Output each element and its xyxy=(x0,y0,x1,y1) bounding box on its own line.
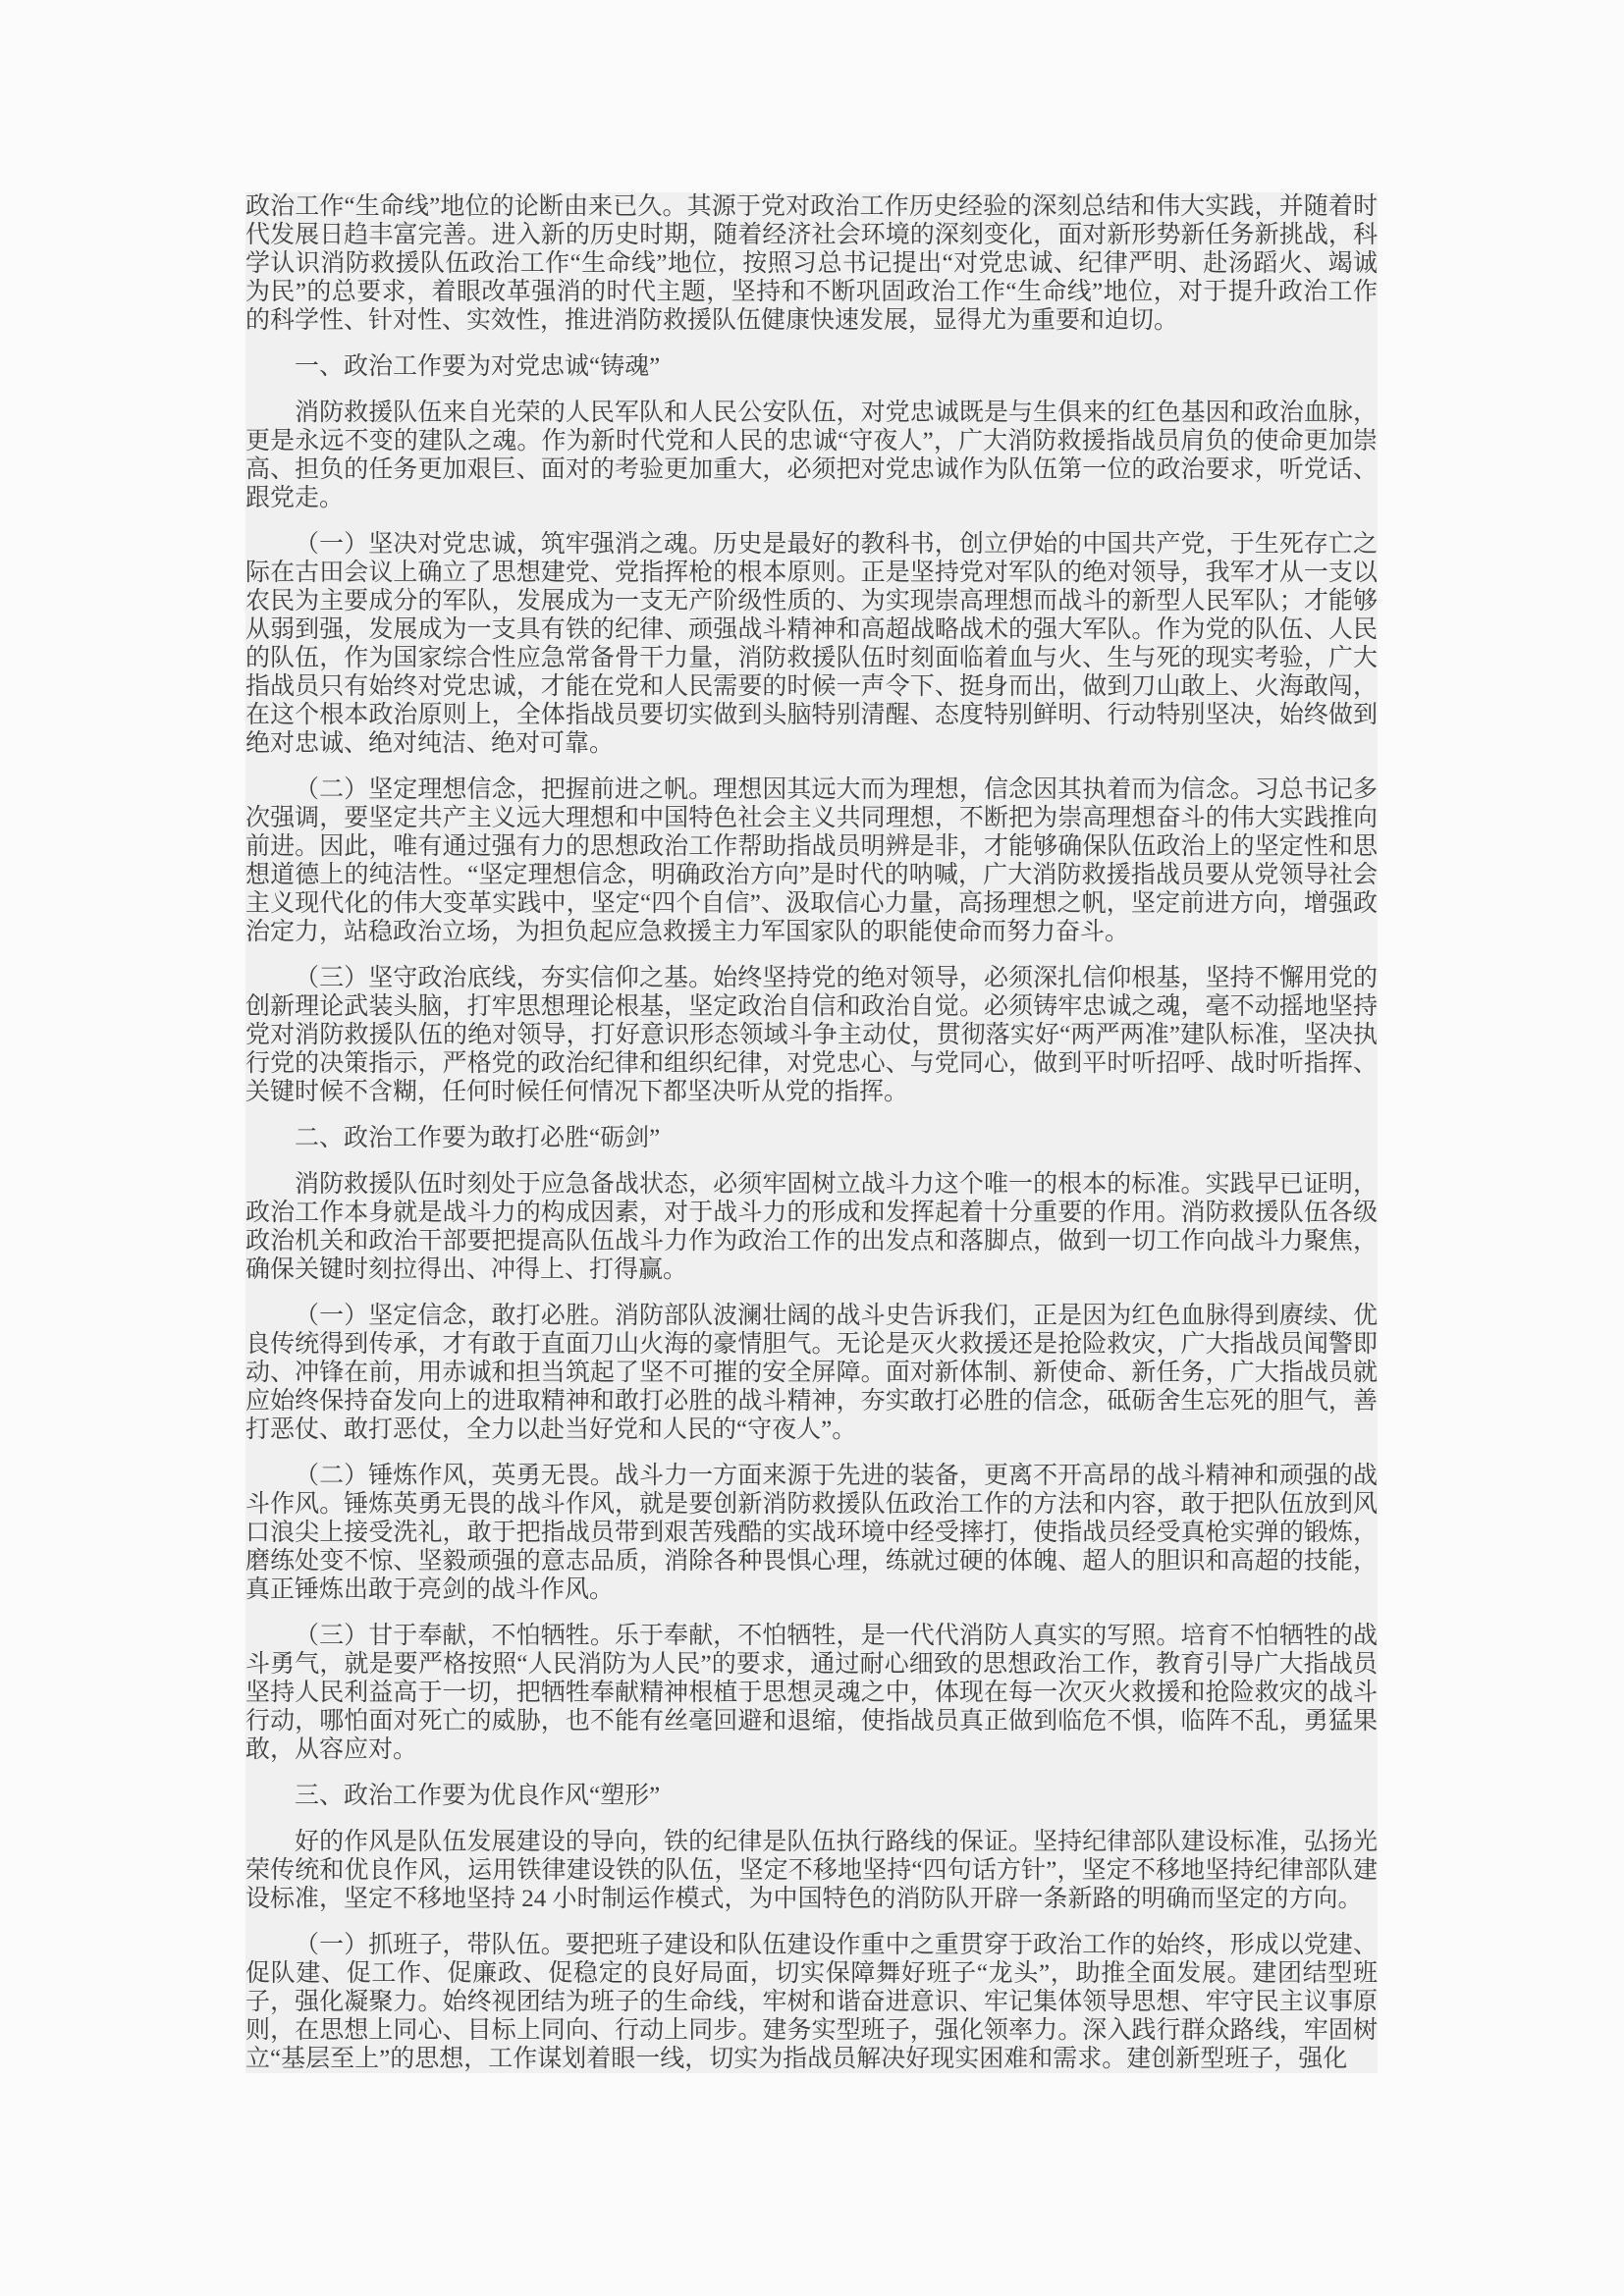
paragraph: 消防救援队伍来自光荣的人民军队和人民公安队伍，对党忠诚既是与生俱来的红色基因和政… xyxy=(245,399,1378,512)
paragraph: （一）坚定信念，敢打必胜。消防部队波澜壮阔的战斗史告诉我们，正是因为红色血脉得到… xyxy=(245,1302,1378,1444)
paragraph: （二）坚定理想信念，把握前进之帆。理想因其远大而为理想，信念因其执着而为信念。习… xyxy=(245,775,1378,946)
paragraph: （三）甘于奉献，不怕牺牲。乐于奉献，不怕牺牲，是一代代消防人真实的写照。培育不怕… xyxy=(245,1622,1378,1764)
section-heading: 一、政治工作要为对党忠诚“铸魂” xyxy=(245,352,1378,381)
paragraph: （一）抓班子，带队伍。要把班子建设和队伍建设作重中之重贯穿于政治工作的始终，形成… xyxy=(245,1931,1378,2073)
paragraph: 消防救援队伍时刻处于应急备战状态，必须牢固树立战斗力这个唯一的根本的标准。实践早… xyxy=(245,1170,1378,1284)
paragraph: （一）坚决对党忠诚，筑牢强消之魂。历史是最好的教科书，创立伊始的中国共产党，于生… xyxy=(245,530,1378,758)
document-page: 政治工作“生命线”地位的论断由来已久。其源于党对政治工作历史经验的深刻总结和伟大… xyxy=(0,0,1624,2296)
section-heading: 二、政治工作要为敢打必胜“砺剑” xyxy=(245,1124,1378,1152)
article-body: 政治工作“生命线”地位的论断由来已久。其源于党对政治工作历史经验的深刻总结和伟大… xyxy=(245,192,1378,2073)
section-heading: 三、政治工作要为优良作风“塑形” xyxy=(245,1782,1378,1810)
paragraph: （二）锤炼作风，英勇无畏。战斗力一方面来源于先进的装备，更离不开高昂的战斗精神和… xyxy=(245,1462,1378,1604)
paragraph: 好的作风是队伍发展建设的导向，铁的纪律是队伍执行路线的保证。坚持纪律部队建设标准… xyxy=(245,1828,1378,1913)
paragraph: （三）坚守政治底线，夯实信仰之基。始终坚持党的绝对领导，必须深扎信仰根基，坚持不… xyxy=(245,964,1378,1106)
paragraph: 政治工作“生命线”地位的论断由来已久。其源于党对政治工作历史经验的深刻总结和伟大… xyxy=(245,192,1378,335)
